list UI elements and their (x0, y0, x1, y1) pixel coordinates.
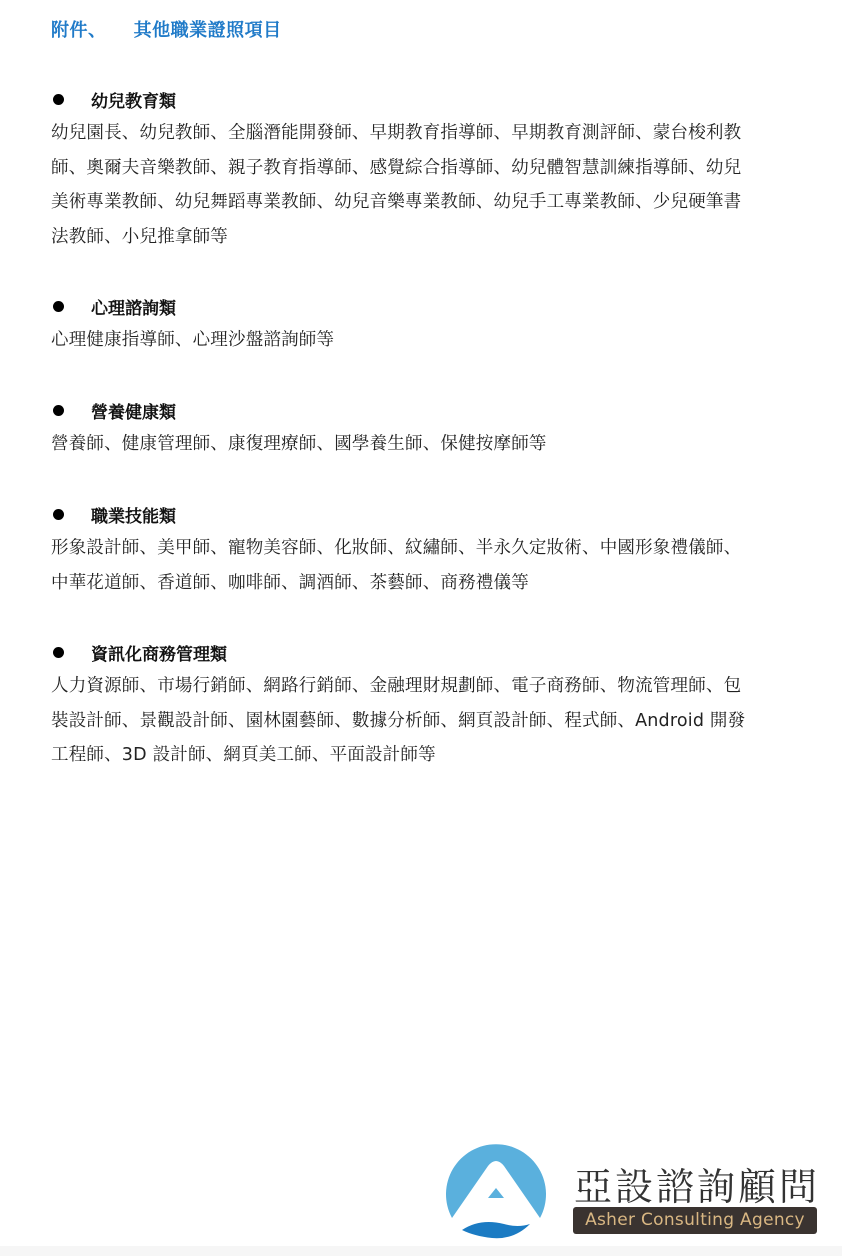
section-body: 營養師、健康管理師、康復理療師、國學養生師、保健按摩師等 (51, 427, 751, 462)
section-heading: 幼兒教育類 (91, 87, 176, 112)
footer-band (0, 1246, 842, 1256)
section-body: 形象設計師、美甲師、寵物美容師、化妝師、紋繡師、半永久定妝術、中國形象禮儀師、中… (51, 531, 751, 600)
bullet-icon (53, 301, 64, 312)
logo-english-name: Asher Consulting Agency (573, 1207, 817, 1234)
section-early-childhood: 幼兒教育類 幼兒園長、幼兒教師、全腦潛能開發師、早期教育指導師、早期教育測評師、… (51, 86, 751, 254)
section-nutrition: 營養健康類 營養師、健康管理師、康復理療師、國學養生師、保健按摩師等 (51, 397, 751, 462)
bullet-icon (53, 94, 64, 105)
page-title: 附件、 其他職業證照項目 (51, 16, 282, 42)
bullet-icon (53, 405, 64, 416)
company-logo-icon (444, 1138, 548, 1242)
section-psychology: 心理諮詢類 心理健康指導師、心理沙盤諮詢師等 (51, 293, 751, 358)
section-heading: 營養健康類 (91, 398, 176, 423)
section-heading: 職業技能類 (91, 502, 176, 527)
bullet-icon (53, 509, 64, 520)
section-heading: 心理諮詢類 (91, 294, 176, 319)
section-body: 心理健康指導師、心理沙盤諮詢師等 (51, 323, 751, 358)
section-body: 幼兒園長、幼兒教師、全腦潛能開發師、早期教育指導師、早期教育測評師、蒙台梭利教師… (51, 116, 751, 254)
section-body: 人力資源師、市場行銷師、網路行銷師、金融理財規劃師、電子商務師、物流管理師、包裝… (51, 669, 751, 773)
bullet-icon (53, 647, 64, 658)
section-vocational: 職業技能類 形象設計師、美甲師、寵物美容師、化妝師、紋繡師、半永久定妝術、中國形… (51, 501, 751, 600)
logo-chinese-name: 亞設諮詢顧問 (574, 1156, 820, 1211)
section-it-business: 資訊化商務管理類 人力資源師、市場行銷師、網路行銷師、金融理財規劃師、電子商務師… (51, 639, 751, 773)
section-heading: 資訊化商務管理類 (91, 640, 227, 665)
